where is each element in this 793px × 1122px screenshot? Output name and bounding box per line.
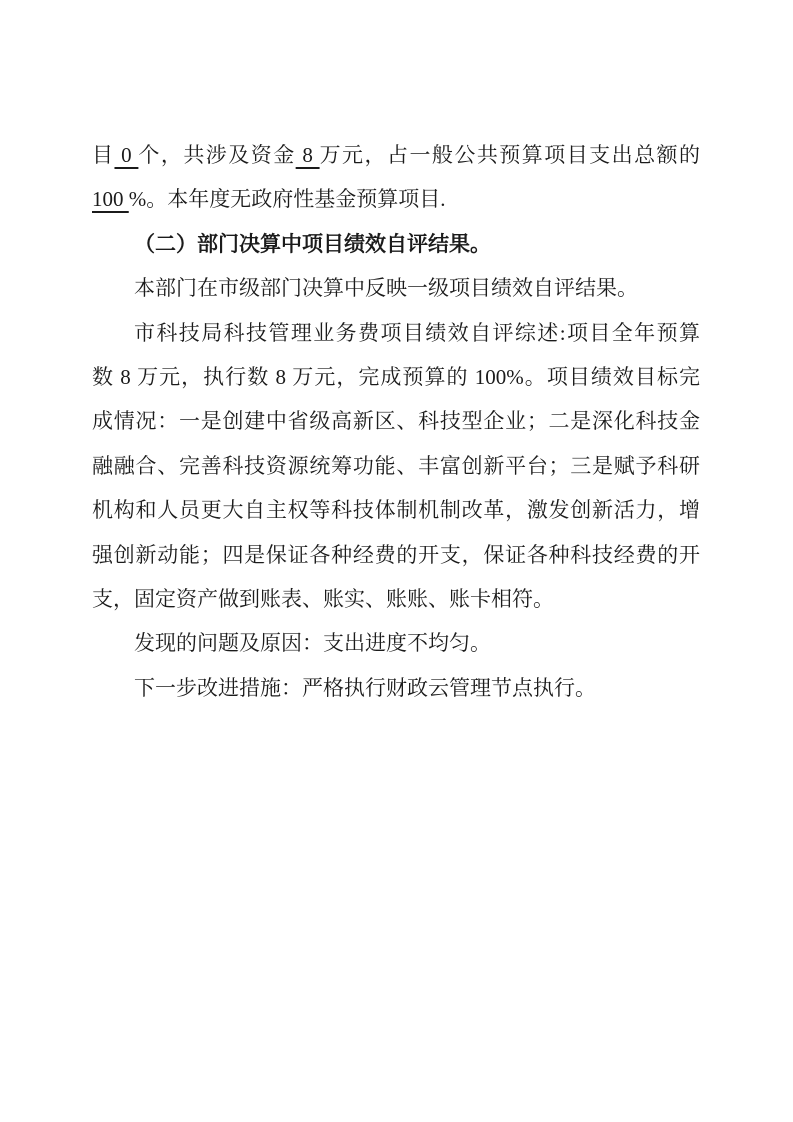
text-segment: 强创新动能；四是保证各种经费的开支，保证各种科技经费的开 [92, 543, 700, 567]
text-segment: 支，固定资产做到账表、账实、账账、账卡相符。 [92, 587, 554, 611]
text-segment: 融融合、完善科技资源统筹功能、丰富创新平台；三是赋予科研 [92, 454, 700, 478]
para-funding-continuation: 目 0 个，共涉及资金 8 万元，占一般公共预算项目支出总额的100 %。本年度… [92, 133, 700, 222]
text-line: 本部门在市级部门决算中反映一级项目绩效自评结果。 [92, 266, 700, 310]
text-segment: 目 [92, 143, 114, 167]
para-problems-found: 发现的问题及原因：支出进度不均匀。 [92, 621, 700, 665]
para-project-performance-summary: 市科技局科技管理业务费项目绩效自评综述:项目全年预算数 8 万元，执行数 8 万… [92, 311, 700, 622]
para-self-evaluation-intro: 本部门在市级部门决算中反映一级项目绩效自评结果。 [92, 266, 700, 310]
text-segment: 万元，占一般公共预算项目支出总额的 [320, 143, 700, 167]
text-line: 100 %。本年度无政府性基金预算项目. [92, 177, 700, 221]
para-next-step-measures: 下一步改进措施：严格执行财政云管理节点执行。 [92, 666, 700, 710]
text-line: 成情况：一是创建中省级高新区、科技型企业；二是深化科技金 [92, 399, 700, 443]
text-line: 下一步改进措施：严格执行财政云管理节点执行。 [92, 666, 700, 710]
text-segment: 机构和人员更大自主权等科技体制机制改革，激发创新活力，增 [92, 498, 700, 522]
text-line: 机构和人员更大自主权等科技体制机制改革，激发创新活力，增 [92, 488, 700, 532]
text-segment: 发现的问题及原因：支出进度不均匀。 [134, 631, 491, 655]
text-line: 融融合、完善科技资源统筹功能、丰富创新平台；三是赋予科研 [92, 444, 700, 488]
text-line: （二）部门决算中项目绩效自评结果。 [92, 222, 700, 266]
document-page: 目 0 个，共涉及资金 8 万元，占一般公共预算项目支出总额的100 %。本年度… [0, 0, 793, 1122]
text-segment: 个，共涉及资金 [138, 143, 295, 167]
underlined-value: 8 [296, 143, 320, 167]
text-segment: （二）部门决算中项目绩效自评结果。 [134, 232, 491, 256]
document-text-block: 目 0 个，共涉及资金 8 万元，占一般公共预算项目支出总额的100 %。本年度… [92, 133, 700, 710]
text-segment: %。本年度无政府性基金预算项目. [129, 187, 446, 211]
text-line: 目 0 个，共涉及资金 8 万元，占一般公共预算项目支出总额的 [92, 133, 700, 177]
text-line: 强创新动能；四是保证各种经费的开支，保证各种科技经费的开 [92, 533, 700, 577]
heading-section-two: （二）部门决算中项目绩效自评结果。 [92, 222, 700, 266]
text-line: 市科技局科技管理业务费项目绩效自评综述:项目全年预算 [92, 311, 700, 355]
text-segment: 数 8 万元，执行数 8 万元，完成预算的 100%。项目绩效目标完 [92, 365, 700, 389]
text-line: 支，固定资产做到账表、账实、账账、账卡相符。 [92, 577, 700, 621]
text-segment: 成情况：一是创建中省级高新区、科技型企业；二是深化科技金 [92, 409, 700, 433]
text-line: 发现的问题及原因：支出进度不均匀。 [92, 621, 700, 665]
text-segment: 下一步改进措施：严格执行财政云管理节点执行。 [134, 676, 596, 700]
text-line: 数 8 万元，执行数 8 万元，完成预算的 100%。项目绩效目标完 [92, 355, 700, 399]
underlined-value: 0 [114, 143, 138, 167]
text-segment: 市科技局科技管理业务费项目绩效自评综述:项目全年预算 [134, 321, 700, 345]
underlined-value: 100 [92, 187, 129, 211]
text-segment: 本部门在市级部门决算中反映一级项目绩效自评结果。 [134, 276, 638, 300]
